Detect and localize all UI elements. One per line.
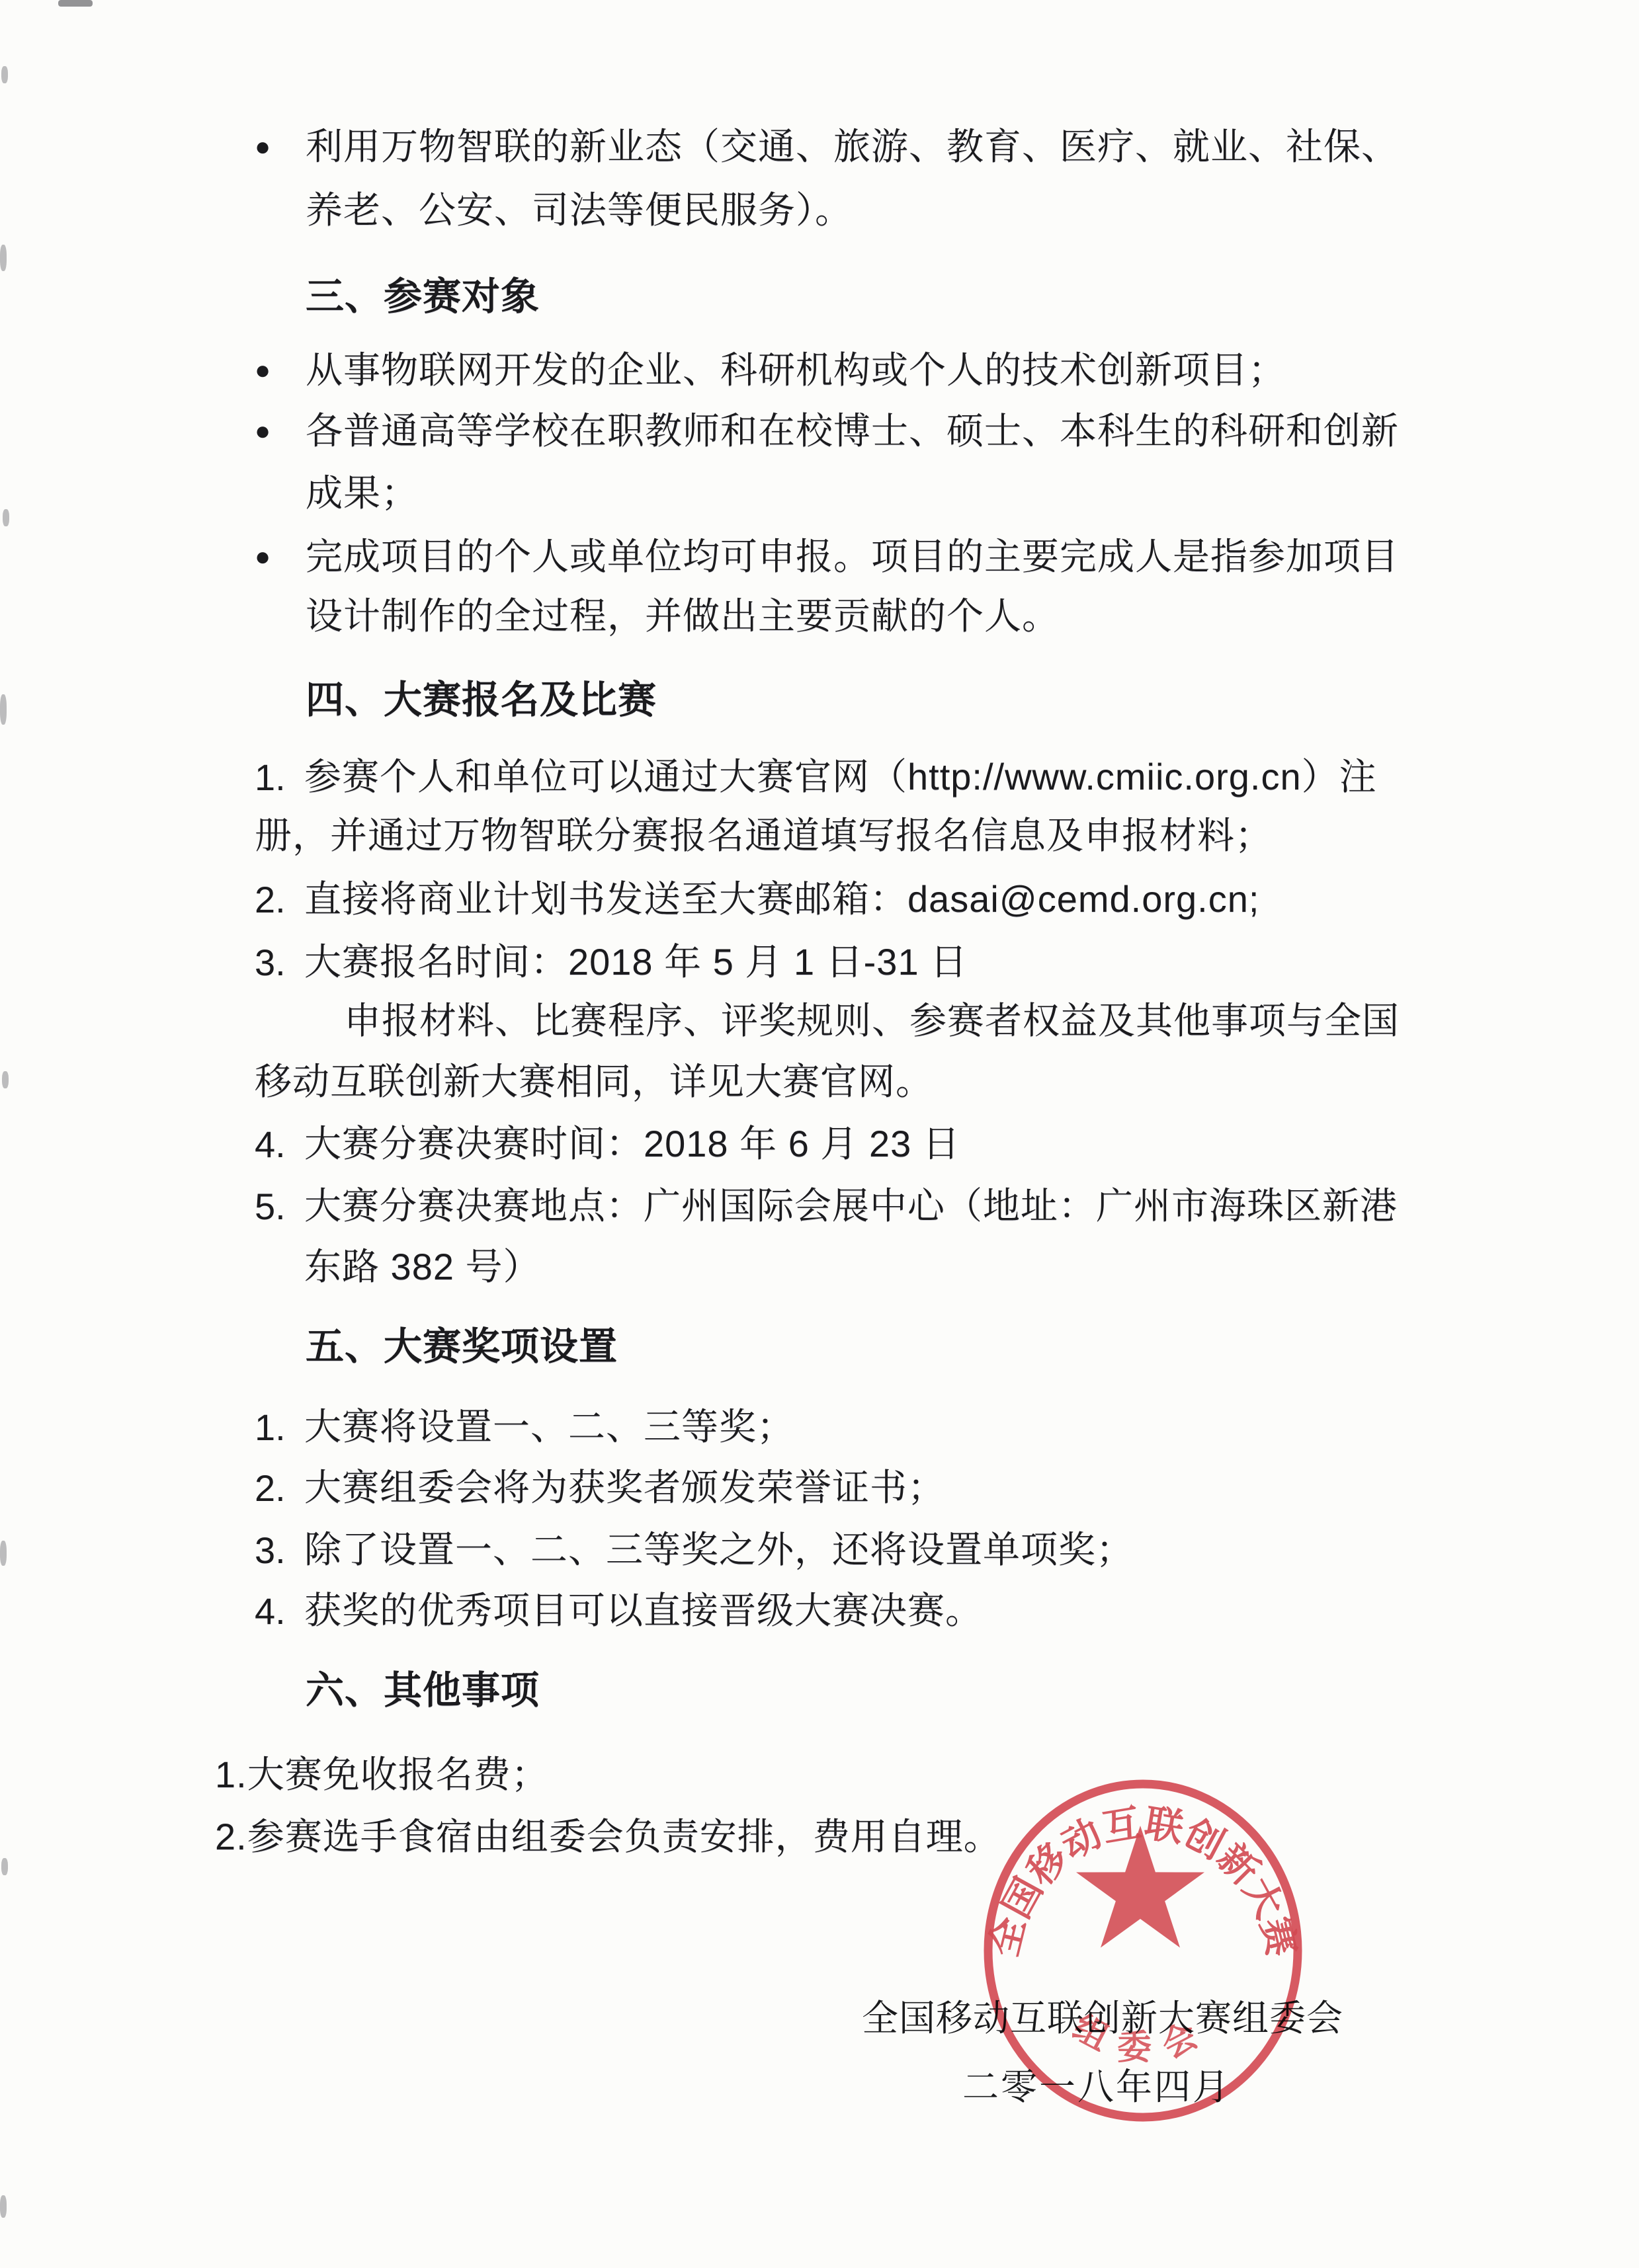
heading-section-4: 四、大赛报名及比赛	[306, 678, 657, 723]
signature-organization: 全国移动互联创新大赛组委会	[862, 1989, 1343, 2041]
s4-item5-l1-marker: 5.	[255, 1185, 286, 1228]
s5-item2: 大赛组委会将为获奖者颁发荣誉证书；	[304, 1467, 945, 1509]
s5-item1-marker: 1.	[255, 1406, 286, 1449]
heading-section-3: 三、参赛对象	[306, 275, 540, 319]
scan-speck	[2, 1071, 9, 1088]
s4-item5-l2: 东路 382 号）	[304, 1246, 541, 1288]
s4-item3-cont2: 移动互联创新大赛相同，详见大赛官网。	[255, 1061, 933, 1103]
s3-bullet3-l1: 完成项目的个人或单位均可申报。项目的主要完成人是指参加项目	[306, 536, 1399, 578]
s5-item2-marker: 2.	[255, 1467, 286, 1510]
s4-item2: 直接将商业计划书发送至大赛邮箱：dasai@cemd.org.cn;	[304, 878, 1259, 920]
s4-item4: 大赛分赛决赛时间：2018 年 6 月 23 日	[304, 1123, 960, 1165]
s3-bullet3-l2: 设计制作的全过程，并做出主要贡献的个人。	[306, 595, 1060, 637]
seal-star-icon	[1076, 1826, 1204, 1948]
s3-bullet2-l1: 各普通高等学校在职教师和在校博士、硕士、本科生的科研和创新	[306, 410, 1399, 452]
scan-smudge	[58, 0, 93, 7]
s5-item1: 大赛将设置一、二、三等奖；	[304, 1406, 794, 1448]
s4-item3: 大赛报名时间：2018 年 5 月 1 日-31 日	[304, 941, 968, 983]
scan-speck	[3, 509, 9, 526]
s4-item3-marker: 3.	[255, 941, 286, 984]
s5-item3-marker: 3.	[255, 1529, 286, 1572]
s6-item1: 1.大赛免收报名费；	[215, 1754, 549, 1796]
heading-section-6: 六、其他事项	[306, 1669, 540, 1713]
intro-bullet-l1-marker: ●	[255, 132, 271, 162]
s3-bullet2-l1-marker: ●	[255, 417, 271, 446]
s5-item4-marker: 4.	[255, 1590, 286, 1633]
s3-bullet2-l2: 成果；	[306, 472, 419, 514]
s5-item4: 获奖的优秀项目可以直接晋级大赛决赛。	[304, 1590, 983, 1632]
s4-item4-marker: 4.	[255, 1123, 286, 1166]
heading-section-5: 五、大赛奖项设置	[306, 1325, 618, 1369]
intro-bullet-l2: 养老、公安、司法等便民服务）。	[306, 189, 853, 231]
s4-item1-l2: 册，并通过万物智联分赛报名通道填写报名信息及申报材料；	[255, 815, 1273, 857]
seal-top-text: 全国移动互联创新大赛	[982, 1801, 1304, 1961]
s6-item2: 2.参赛选手食宿由组委会负责安排，费用自理。	[215, 1816, 1001, 1858]
svg-text:全国移动互联创新大赛: 全国移动互联创新大赛	[982, 1801, 1304, 1961]
s3-bullet1: 从事物联网开发的企业、科研机构或个人的技术创新项目；	[306, 349, 1286, 391]
signature-date: 二零一八年四月	[962, 2058, 1231, 2110]
s3-bullet1-marker: ●	[255, 356, 271, 385]
s4-item1-l1-marker: 1.	[255, 756, 286, 799]
scan-speck	[1, 1858, 8, 1875]
scan-speck	[0, 694, 7, 725]
scan-speck	[1, 66, 8, 83]
s4-item1-l1: 参赛个人和单位可以通过大赛官网（http://www.cmiic.org.cn）…	[304, 756, 1377, 798]
s3-bullet3-l1-marker: ●	[255, 542, 271, 572]
document-page: ●利用万物智联的新业态（交通、旅游、教育、医疗、就业、社保、养老、公安、司法等便…	[0, 0, 1639, 2268]
intro-bullet-l1: 利用万物智联的新业态（交通、旅游、教育、医疗、就业、社保、	[306, 126, 1399, 168]
scan-speck	[0, 245, 7, 271]
s4-item5-l1: 大赛分赛决赛地点：广州国际会展中心（地址：广州市海珠区新港	[304, 1185, 1398, 1227]
scan-speck	[0, 1541, 7, 1566]
s4-item3-cont1: 申报材料、比赛程序、评奖规则、参赛者权益及其他事项与全国	[344, 1000, 1400, 1042]
s5-item3: 除了设置一、二、三等奖之外，还将设置单项奖；	[304, 1529, 1134, 1571]
scan-speck	[0, 2195, 7, 2218]
s4-item2-marker: 2.	[255, 878, 286, 921]
